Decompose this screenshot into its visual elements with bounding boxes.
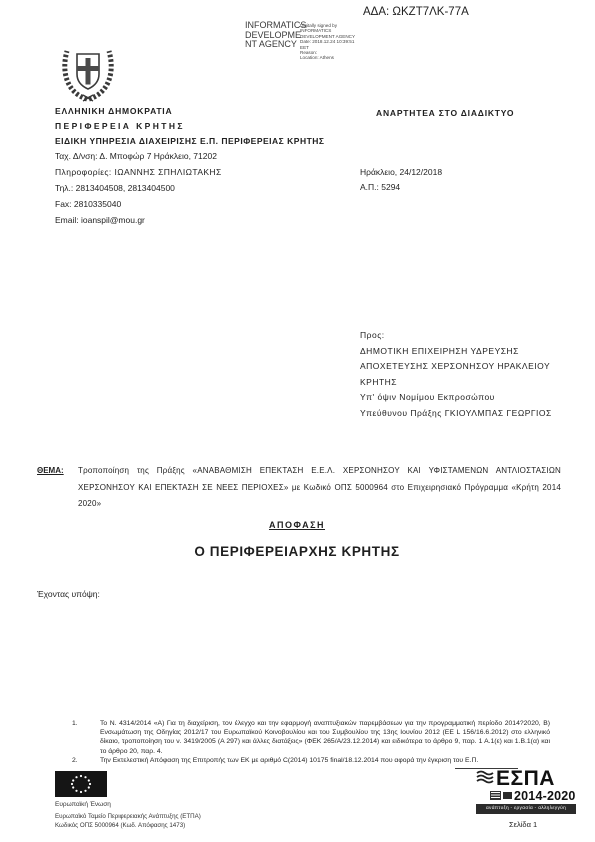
footnote-number: 1. (72, 719, 78, 728)
ops-code-label: Κωδικός ΟΠΣ 5000964 (Κωδ. Απόφασης 1473) (55, 822, 185, 829)
eu-union-label: Ευρωπαϊκή Ένωση (55, 801, 111, 808)
eu-fund-label: Ευρωπαϊκό Ταμείο Περιφερειακής Ανάπτυξης… (55, 813, 201, 820)
footnote-item: 2. Την Εκτελεστική Απόφαση της Επιτροπής… (72, 756, 550, 765)
subject-label: ΘΕΜΑ: (37, 463, 64, 480)
document-page: ΑΔΑ: ΩΚΖΤ7ΛΚ-77Α INFORMATICS DEVELOPMENT… (0, 0, 595, 842)
eu-flag-icon (55, 771, 107, 802)
espa-waves-icon (476, 769, 494, 790)
subject-block: ΘΕΜΑ: Τροποποίηση της Πράξης «ΑΝΑΒΑΘΜΙΣΗ… (37, 463, 561, 513)
ada-number: ΑΔΑ: ΩΚΖΤ7ΛΚ-77Α (363, 6, 469, 18)
decision-preamble: Έχοντας υπόψη: (37, 589, 100, 599)
org-country: ΕΛΛΗΝΙΚΗ ΔΗΜΟΚΡΑΤΙΑ (55, 106, 172, 116)
greek-coat-of-arms-icon (57, 36, 119, 107)
decision-heading: ΑΠΟΦΑΣΗ (37, 520, 557, 530)
footnotes: 1. Το Ν. 4314/2014 «Α) Για τη διαχείριση… (72, 719, 550, 765)
espa-name: ΕΣΠΑ (496, 769, 555, 789)
espa-period-row: 2014-2020 (490, 789, 576, 802)
recipient-line: Υπ' όψιν Νομίμου Εκπροσώπου (360, 390, 552, 406)
contact-email: Email: ioanspil@mou.gr (55, 215, 145, 225)
eu-flag-mini-icon (503, 792, 512, 799)
recipient-line: ΑΠΟΧΕΤΕΥΣΗΣ ΧΕΡΣΟΝΗΣΟΥ ΗΡΑΚΛΕΙΟΥ (360, 359, 552, 375)
espa-tagline: ανάπτυξη - εργασία - αλληλεγγύη (476, 804, 576, 814)
recipient-label: Προς: (360, 328, 552, 344)
signature-detail-line: Date: 2018.12.24 10:39:51 (300, 39, 355, 44)
contact-fax: Fax: 2810335040 (55, 199, 121, 209)
decision-authority: Ο ΠΕΡΙΦΕΡΕΙΑΡΧΗΣ ΚΡΗΤΗΣ (37, 544, 557, 559)
signature-details: Digitally signed by INFORMATICS DEVELOPM… (300, 23, 355, 61)
recipient-line: Υπεύθυνου Πράξης ΓΚΙΟΥΛΜΠΑΣ ΓΕΩΡΓΙΟΣ (360, 406, 552, 422)
espa-logo-row: ΕΣΠΑ (476, 769, 555, 789)
protocol-number: Α.Π.: 5294 (360, 182, 400, 192)
greek-flag-icon (490, 791, 501, 800)
signature-agency-name: INFORMATICS DEVELOPMENT AGENCY (245, 21, 307, 50)
recipient-line: ΚΡΗΤΗΣ (360, 375, 552, 391)
footnote-text: Το Ν. 4314/2014 «Α) Για τη διαχείριση, τ… (100, 719, 550, 756)
footnote-number: 2. (72, 756, 78, 765)
org-region: ΠΕΡΙΦΕΡΕΙΑ ΚΡΗΤΗΣ (55, 121, 185, 131)
contact-phone: Τηλ.: 2813404508, 2813404500 (55, 183, 175, 193)
recipient-line: ΔΗΜΟΤΙΚΗ ΕΠΙΧΕΙΡΗΣΗ ΥΔΡΕΥΣΗΣ (360, 344, 552, 360)
espa-period: 2014-2020 (514, 789, 576, 803)
contact-person: Πληροφορίες: ΙΩΑΝΝΗΣ ΣΠΗΛΙΩΤΑΚΗΣ (55, 167, 222, 177)
page-number: Σελίδα 1 (509, 820, 537, 829)
publish-notice: ΑΝΑΡΤΗΤΕΑ ΣΤΟ ΔΙΑΔΙΚΤΥΟ (376, 108, 514, 118)
signature-detail-line: Location: Athens (300, 55, 355, 60)
footnote-text: Την Εκτελεστική Απόφαση της Επιτροπής τω… (100, 756, 550, 765)
place-date: Ηράκλειο, 24/12/2018 (360, 167, 442, 177)
org-address: Ταχ. Δ/νση: Δ. Μποφώρ 7 Ηράκλειο, 71202 (55, 151, 217, 161)
recipient-block: Προς: ΔΗΜΟΤΙΚΗ ΕΠΙΧΕΙΡΗΣΗ ΥΔΡΕΥΣΗΣ ΑΠΟΧΕ… (360, 328, 552, 421)
footnote-item: 1. Το Ν. 4314/2014 «Α) Για τη διαχείριση… (72, 719, 550, 756)
org-unit: ΕΙΔΙΚΗ ΥΠΗΡΕΣΙΑ ΔΙΑΧΕΙΡΙΣΗΣ Ε.Π. ΠΕΡΙΦΕΡ… (55, 136, 325, 146)
subject-text: Τροποποίηση της Πράξης «ΑΝΑΒΑΘΜΙΣΗ ΕΠΕΚΤ… (78, 463, 561, 513)
